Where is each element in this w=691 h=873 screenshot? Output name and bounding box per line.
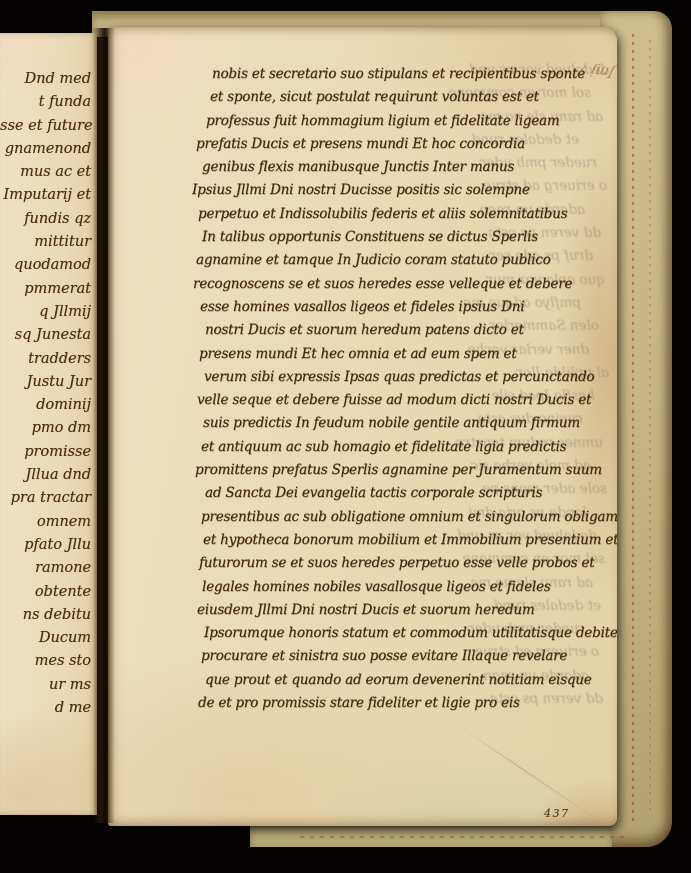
- manuscript-line: recognoscens se et suos heredes esse vel…: [193, 273, 616, 296]
- previous-page-line-endings: Dnd medt fundasse et futuregnamenondmus …: [0, 68, 97, 720]
- prev-page-line-fragment: dominij: [0, 394, 97, 417]
- manuscript-line: agnamine et tamque In Judicio coram stat…: [196, 249, 616, 272]
- manuscript-photo: Dnd medt fundasse et futuregnamenondmus …: [0, 0, 691, 873]
- prev-page-line-fragment: mittitur: [0, 231, 97, 254]
- prev-page-line-fragment: Dnd med: [0, 68, 97, 91]
- prev-page-line-fragment: gnamenond: [0, 138, 97, 161]
- manuscript-line: In talibus opportunis Constituens se dic…: [202, 226, 616, 249]
- prev-page-line-fragment: pfato Jllu: [0, 534, 97, 557]
- manuscript-text-block: nobis et secretario suo stipulans et rec…: [208, 63, 616, 715]
- paper-crease: [452, 722, 593, 818]
- prev-page-line-fragment: omnem: [0, 511, 97, 534]
- manuscript-line: perpetuo et Indissolubilis federis et al…: [198, 203, 616, 226]
- manuscript-line: et antiquum ac sub homagio et fidelitate…: [201, 436, 616, 459]
- manuscript-line: presens mundi Et hec omnia et ad eum spe…: [199, 343, 616, 366]
- cover-red-ruling-line: [632, 34, 634, 822]
- prev-page-line-fragment: Jllua dnd: [0, 464, 97, 487]
- manuscript-line: promittens prefatus Sperlis agnamine per…: [195, 459, 616, 482]
- prev-page-line-fragment: ur ms: [0, 674, 97, 697]
- manuscript-line: suis predictis In feudum nobile gentile …: [203, 412, 616, 435]
- prev-page-line-fragment: fundis qz: [0, 208, 97, 231]
- prev-page-line-fragment: pra tractar: [0, 487, 97, 510]
- prev-page-line-fragment: sq Junesta: [0, 324, 97, 347]
- prev-page-line-fragment: q Jllmij: [0, 301, 97, 324]
- manuscript-line: Ipsorumque honoris statum et commodum ut…: [204, 622, 616, 645]
- manuscript-line: esse homines vasallos ligeos et fideles …: [200, 296, 616, 319]
- prev-page-line-fragment: t funda: [0, 91, 97, 114]
- prev-page-line-fragment: quodamod: [0, 254, 97, 277]
- prev-page-line-fragment: mus ac et: [0, 161, 97, 184]
- manuscript-line: verum sibi expressis Ipsas quas predicta…: [204, 366, 616, 389]
- cover-red-ruling-line: [300, 836, 630, 838]
- prev-page-line-fragment: sse et future: [0, 115, 97, 138]
- manuscript-line: legales homines nobiles vasallosque lige…: [202, 576, 616, 599]
- prev-page-line-fragment: Imputarij et: [0, 184, 97, 207]
- previous-page-edge: Dnd medt fundasse et futuregnamenondmus …: [0, 33, 97, 815]
- prev-page-line-fragment: d me: [0, 697, 97, 720]
- manuscript-line: presentibus ac sub obligatione omnium et…: [201, 506, 616, 529]
- manuscript-line: nostri Ducis et suorum heredum patens di…: [205, 319, 616, 342]
- prev-page-line-fragment: pmmerat: [0, 278, 97, 301]
- manuscript-page: dedalued vor ps undsol mor en commonead …: [108, 27, 617, 826]
- manuscript-line: et sponte, sicut postulat requirunt volu…: [210, 86, 616, 109]
- prev-page-line-fragment: tradders: [0, 348, 97, 371]
- prev-page-line-fragment: ns debitu: [0, 604, 97, 627]
- cover-red-ruling-line: [649, 40, 651, 810]
- manuscript-line: de et pro promissis stare fideliter et l…: [198, 692, 616, 715]
- gutter-shadow: [93, 28, 115, 823]
- manuscript-line: et hypotheca bonorum mobilium et Immobil…: [203, 529, 616, 552]
- manuscript-line: genibus flexis manibusque Junctis Inter …: [202, 156, 616, 179]
- manuscript-line: prefatis Ducis et presens mundi Et hoc c…: [196, 133, 616, 156]
- manuscript-line: ad Sancta Dei evangelia tactis corporale…: [205, 482, 616, 505]
- prev-page-line-fragment: ramone: [0, 557, 97, 580]
- folio-number: 437: [544, 807, 570, 820]
- manuscript-line: procurare et sinistra suo posse evitare …: [201, 645, 616, 668]
- prev-page-line-fragment: pmo dm: [0, 417, 97, 440]
- prev-page-line-fragment: promisse: [0, 441, 97, 464]
- prev-page-line-fragment: Justu Jur: [0, 371, 97, 394]
- prev-page-line-fragment: mes sto: [0, 650, 97, 673]
- manuscript-line: que prout et quando ad eorum devenerint …: [205, 669, 616, 692]
- manuscript-line: velle seque et debere fuisse ad modum di…: [197, 389, 616, 412]
- prev-page-line-fragment: obtente: [0, 581, 97, 604]
- manuscript-line: professus fuit hommagium ligium et fidel…: [206, 110, 616, 133]
- manuscript-line: eiusdem Jllmi Dni nostri Ducis et suorum…: [197, 599, 616, 622]
- manuscript-line: futurorum se et suos heredes perpetuo es…: [199, 552, 616, 575]
- manuscript-line: Ipsius Jllmi Dni nostri Ducisse positis …: [192, 179, 616, 202]
- prev-page-line-fragment: Ducum: [0, 627, 97, 650]
